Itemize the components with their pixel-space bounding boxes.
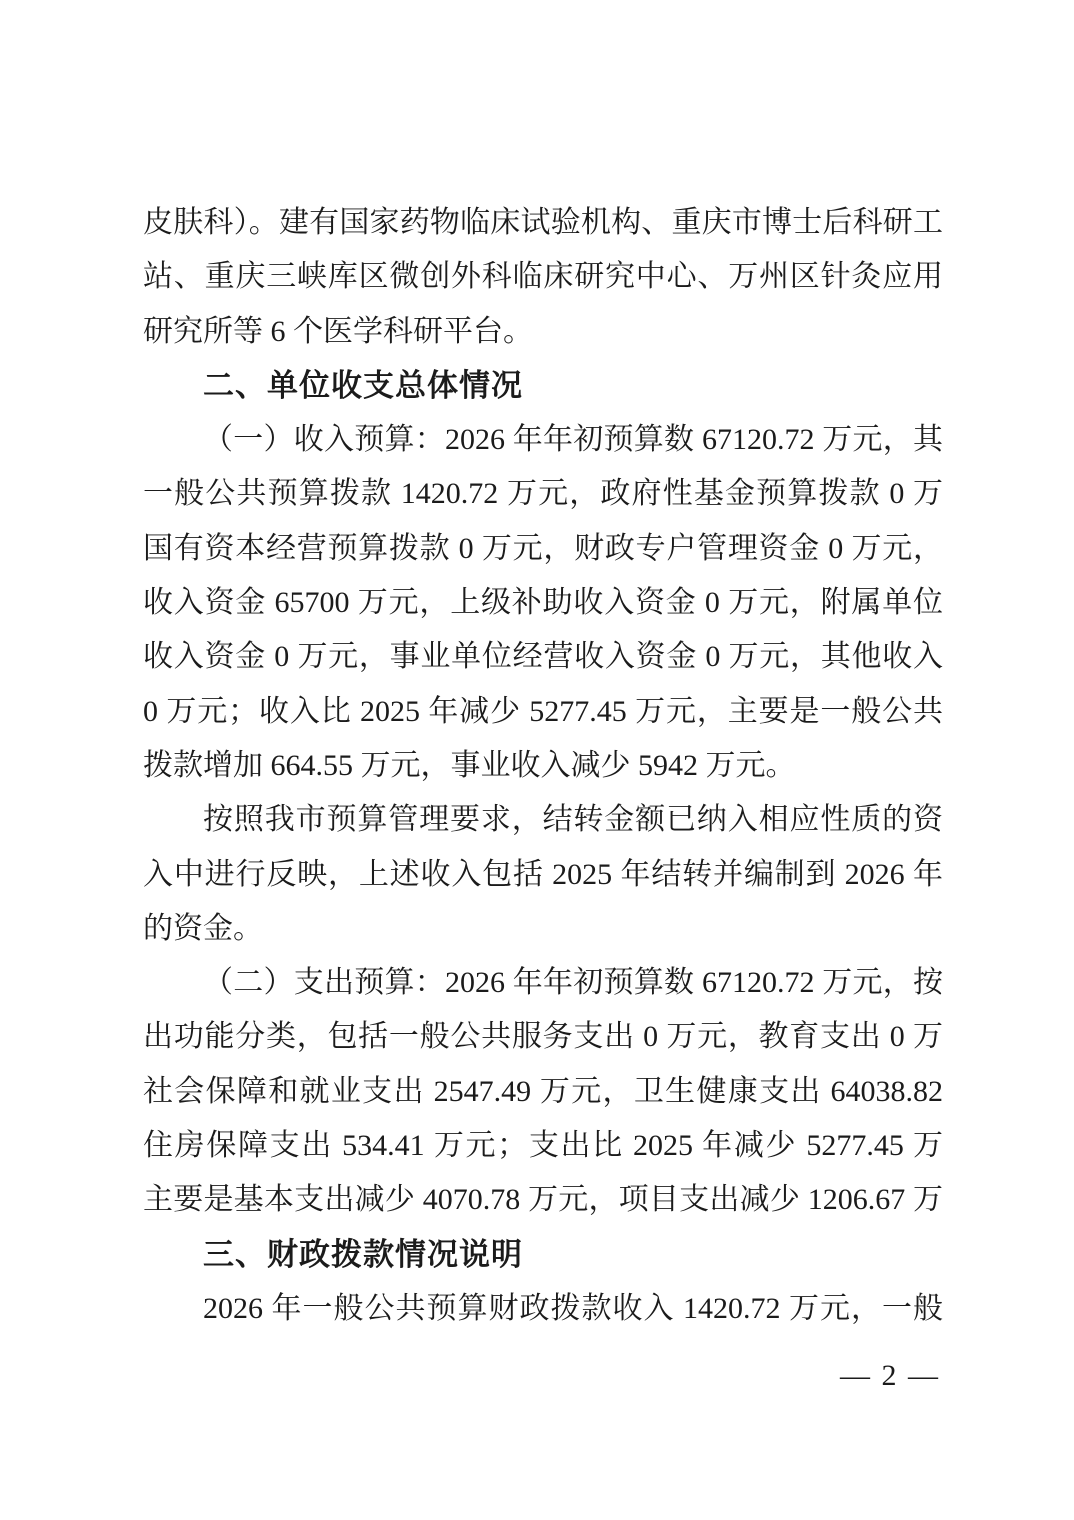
text-line: 皮肤科）。建有国家药物临床试验机构、重庆市博士后科研工作 <box>143 196 943 250</box>
text-line: 收入资金 0 万元，事业单位经营收入资金 0 万元，其他收入资金 <box>143 630 943 684</box>
text-line: 拨款增加 664.55 万元，事业收入减少 5942 万元。 <box>143 739 943 793</box>
section-heading-fiscal-appropriation: 三、财政拨款情况说明 <box>143 1228 943 1282</box>
text-line: 住房保障支出 534.41 万元；支出比 2025 年减少 5277.45 万元… <box>143 1119 943 1173</box>
text-line: 收入资金 65700 万元，上级补助收入资金 0 万元，附属单位上缴 <box>143 576 943 630</box>
text-line: 按照我市预算管理要求，结转金额已纳入相应性质的资金收 <box>143 793 943 847</box>
text-line: 国有资本经营预算拨款 0 万元，财政专户管理资金 0 万元，事业 <box>143 522 943 576</box>
page-number: — 2 — <box>840 1349 940 1403</box>
text-line: 0 万元；收入比 2025 年减少 5277.45 万元，主要是一般公共预算 <box>143 685 943 739</box>
text-line: 社会保障和就业支出 2547.49 万元，卫生健康支出 64038.82 万元， <box>143 1065 943 1119</box>
text-line: 主要是基本支出减少 4070.78 万元，项目支出减少 1206.67 万元。 <box>143 1173 943 1227</box>
text-line: （二）支出预算：2026 年年初预算数 67120.72 万元，按支 <box>143 956 943 1010</box>
document-page: 皮肤科）。建有国家药物临床试验机构、重庆市博士后科研工作 站、重庆三峡库区微创外… <box>0 0 1074 1520</box>
text-line: 研究所等 6 个医学科研平台。 <box>143 305 943 359</box>
text-line: 入中进行反映，上述收入包括 2025 年结转并编制到 2026 年预算 <box>143 848 943 902</box>
text-line: 出功能分类，包括一般公共服务支出 0 万元，教育支出 0 万元， <box>143 1010 943 1064</box>
text-line: 一般公共预算拨款 1420.72 万元，政府性基金预算拨款 0 万元， <box>143 467 943 521</box>
text-line: 2026 年一般公共预算财政拨款收入 1420.72 万元，一般公共 <box>143 1282 943 1336</box>
section-heading-revenue-expenditure-overview: 二、单位收支总体情况 <box>143 359 943 413</box>
text-line: 站、重庆三峡库区微创外科临床研究中心、万州区针灸应用技术 <box>143 250 943 304</box>
page-content: 皮肤科）。建有国家药物临床试验机构、重庆市博士后科研工作 站、重庆三峡库区微创外… <box>0 0 1074 1336</box>
text-line: 的资金。 <box>143 902 943 956</box>
text-line: （一）收入预算：2026 年年初预算数 67120.72 万元，其中： <box>143 413 943 467</box>
